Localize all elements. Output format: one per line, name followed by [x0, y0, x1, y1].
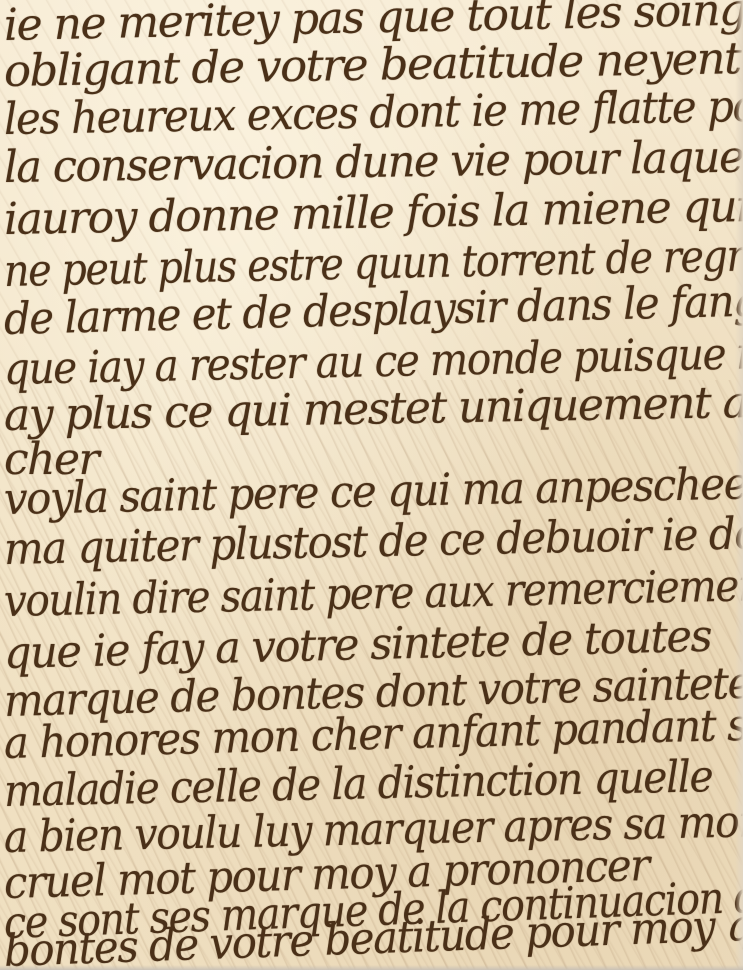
manuscript-page: ie ne meritey pas que tout les soings ob… [0, 0, 743, 970]
page-edge-right [735, 0, 743, 970]
page-edge-bottom [0, 965, 743, 970]
